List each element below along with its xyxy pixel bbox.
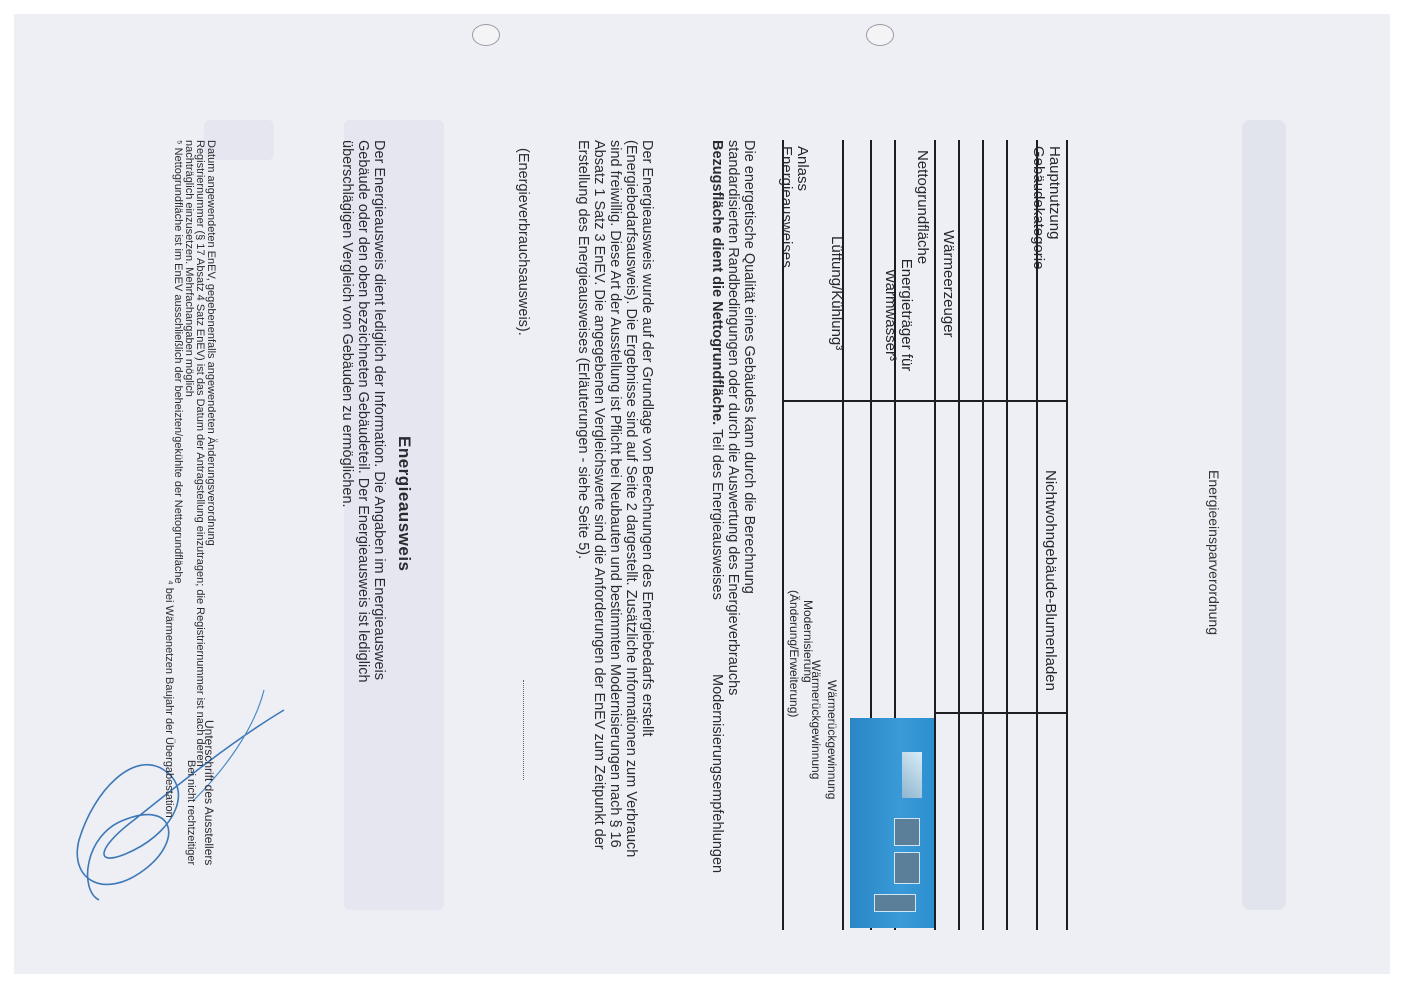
intro-line-2: standardisierten Randbedingungen oder du…: [725, 140, 741, 695]
value-aenderung: (Änderung/Erweiterung): [787, 590, 800, 717]
table-rule: [935, 140, 937, 930]
hinweis-line-3: überschlägigen Vergleich von Gebäuden zu…: [339, 140, 355, 508]
hinweis-line-1: Der Energieausweis dient lediglich der I…: [371, 140, 387, 680]
bedarf-line-1: Der Energieausweis wurde auf der Grundla…: [639, 140, 655, 736]
value-modernisierung: Modernisierung: [801, 600, 814, 683]
header-band: [1242, 120, 1286, 910]
footnote-1: Datum angewendeten EnEV, gegebenenfalls …: [205, 140, 217, 546]
bedarf-line-3: sind freiwillig. Diese Art der Ausstellu…: [607, 140, 623, 848]
bedarf-line-5: Erstellung des Energieausweises (Erläute…: [575, 140, 591, 559]
label-waermeerzeuger: Wärmeerzeuger: [940, 230, 956, 338]
table-rule: [983, 140, 985, 930]
dotted-rule: [523, 680, 524, 780]
footnote-2: Registriernummer (§ 17 Absatz 4 Satz EnE…: [194, 140, 206, 767]
footnote-right-1: Bei nicht rechtzeitiger: [185, 760, 197, 865]
label-hauptnutzung: Hauptnutzung Gebäudekategorie: [1030, 146, 1062, 269]
value-waermerueck-1: Wärmerückgewinnung: [825, 680, 838, 799]
intro-line-1: Die energetische Qualität eines Gebäudes…: [741, 140, 757, 594]
footnote-3: nachträglich einzusetzen. Mehrfachangabe…: [183, 140, 195, 397]
label-nettogrundflaeche: Nettogrundfläche: [914, 150, 930, 264]
bedarf-line-2: (Energiebedarfsausweis). Die Ergebnisse …: [623, 140, 639, 857]
intro-line-3: Bezugsfläche dient die Nettogrundfläche.…: [709, 140, 725, 600]
footnote-right-2: ⁴ bei Wärmenetzen Baujahr der Übergabest…: [163, 580, 175, 818]
punch-hole-icon: [866, 24, 894, 46]
hinweis-line-2: Gebäude oder den oben bezeichneten Gebäu…: [355, 140, 371, 683]
verbrauch-line: (Energieverbrauchsausweis).: [515, 148, 531, 336]
section-heading: Energieausweis: [394, 436, 414, 572]
footnote-4: ⁵ Nettogrundfläche ist im EnEV ausschlie…: [172, 140, 184, 584]
scanned-page: Energieeinsparverordnung Hauptnutzung Ge…: [0, 0, 1404, 992]
header-title: Energieeinsparverordnung: [1206, 470, 1222, 635]
bedarf-line-4: Absatz 1 Satz 3 EnEV. Die angegebenen Ve…: [591, 140, 607, 850]
building-photo: [850, 718, 934, 928]
signature-scribble-icon: [64, 650, 294, 910]
table-rule: [1067, 140, 1069, 930]
label-energietraeger: Energieträger für Warmwasser³: [882, 250, 914, 380]
value-hauptnutzung: Nichtwohngebäude-Blumenladen: [1042, 470, 1058, 691]
table-col-divider: [934, 712, 1068, 714]
modernisierung-label: Modernisierungsempfehlungen: [709, 674, 725, 873]
table-rule: [959, 140, 961, 930]
label-lueftung: Lüftung/Kühlung³: [828, 236, 844, 350]
label-anlass: Anlass Energieausweises: [778, 146, 810, 268]
table-col-divider: [784, 400, 1068, 402]
table-rule: [1007, 140, 1009, 930]
punch-hole-icon: [472, 24, 500, 46]
